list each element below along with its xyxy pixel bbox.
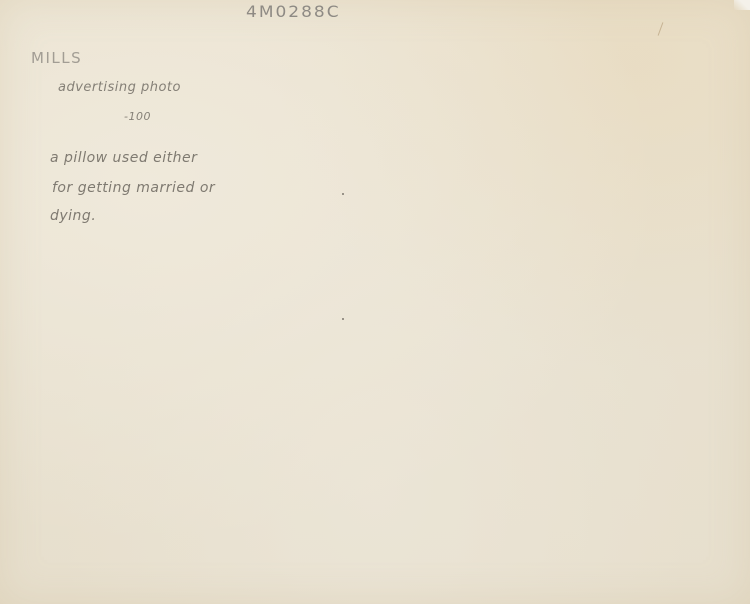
- photo-back-sheet: 4M0288C MILLS advertising photo -100 a p…: [0, 0, 750, 604]
- note-line: dying.: [50, 208, 96, 224]
- note-line: a pillow used either: [50, 150, 197, 166]
- note-line: for getting married or: [52, 180, 215, 196]
- handwritten-name: MILLS: [31, 49, 82, 67]
- ink-speck: [342, 193, 344, 195]
- handwritten-number: -100: [124, 110, 151, 123]
- handwritten-subtitle: advertising photo: [58, 80, 181, 95]
- corner-wear: [734, 0, 750, 10]
- ink-speck: [342, 318, 344, 320]
- paper-crease: [658, 22, 664, 35]
- catalog-id: 4M0288C: [246, 3, 341, 22]
